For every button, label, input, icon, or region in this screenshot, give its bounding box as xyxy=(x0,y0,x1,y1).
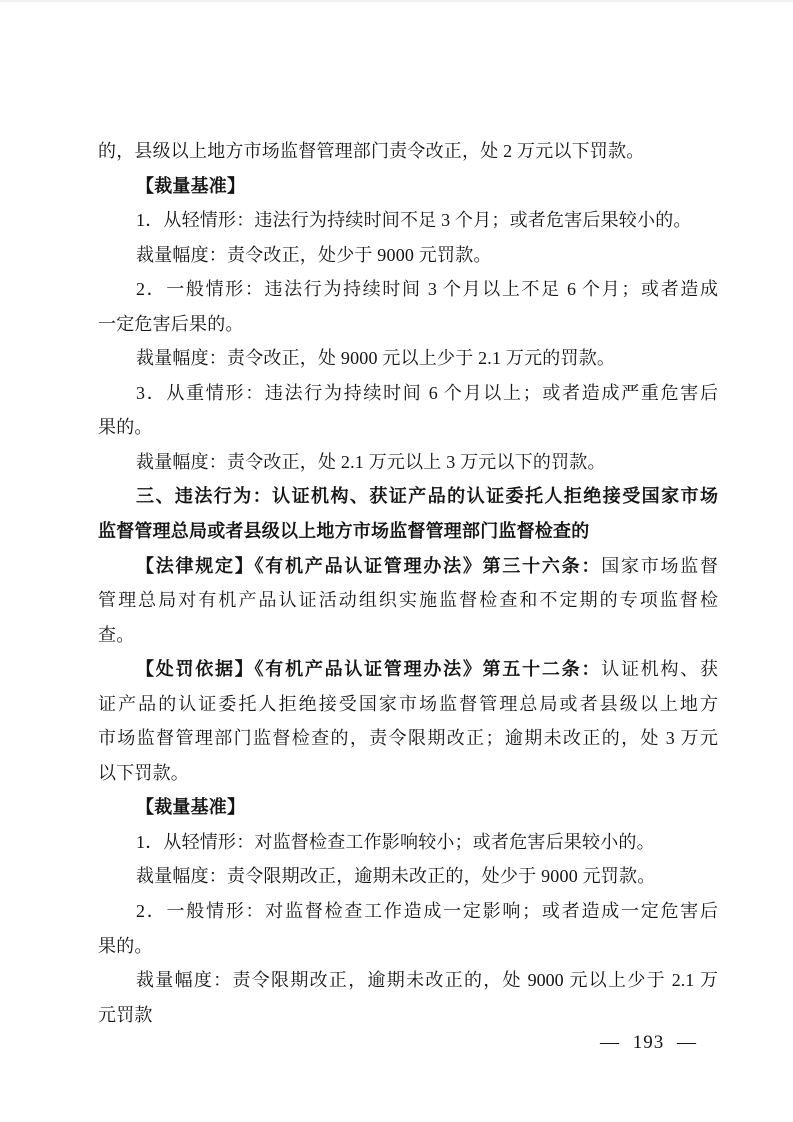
text-segment-bold: 【处罚依据】《有机产品认证管理办法》第五十二条： xyxy=(136,659,601,679)
text-segment-body: 裁量幅度：责令改正，处少于 9000 元罚款。 xyxy=(136,245,492,265)
page-number: — 193 — xyxy=(600,1031,697,1055)
text-line: 管理总局对有机产品认证活动组织实施监督检查和不定期的专项监督检 xyxy=(98,583,718,618)
text-line: 【处罚依据】《有机产品认证管理办法》第五十二条：认证机构、获 xyxy=(98,652,718,687)
text-line: 【法律规定】《有机产品认证管理办法》第三十六条：国家市场监督 xyxy=(98,549,718,584)
text-segment-body: 一定危害后果的。 xyxy=(98,314,244,334)
text-line: 3．从重情形：违法行为持续时间 6 个月以上；或者造成严重危害后 xyxy=(98,376,718,411)
text-line: 裁量幅度：责令改正，处 9000 元以上少于 2.1 万元的罚款。 xyxy=(98,341,718,376)
text-segment-body: 果的。 xyxy=(98,417,153,437)
text-line: 监督管理总局或者县级以上地方市场监督管理部门监督检查的 xyxy=(98,514,718,549)
text-segment-hei: 【裁量基准】 xyxy=(136,176,245,196)
text-line: 【裁量基准】 xyxy=(98,790,718,825)
text-line: 1．从轻情形：对监督检查工作影响较小；或者危害后果较小的。 xyxy=(98,825,718,860)
text-segment-body: 裁量幅度：责令限期改正，逾期未改正的，处 9000 元以上少于 2.1 万 xyxy=(136,970,718,990)
text-line: 裁量幅度：责令改正，处少于 9000 元罚款。 xyxy=(98,238,718,273)
text-line: 以下罚款。 xyxy=(98,756,718,791)
text-line: 查。 xyxy=(98,618,718,653)
text-line: 【裁量基准】 xyxy=(98,169,718,204)
text-segment-body: 1．从轻情形：违法行为持续时间不足 3 个月；或者危害后果较小的。 xyxy=(136,210,692,230)
document-page: 的，县级以上地方市场监督管理部门责令改正，处 2 万元以下罚款。【裁量基准】1．… xyxy=(0,0,793,1122)
text-segment-body: 果的。 xyxy=(98,936,153,956)
text-line: 一定危害后果的。 xyxy=(98,307,718,342)
text-segment-body: 裁量幅度：责令改正，处 2.1 万元以上 3 万元以下的罚款。 xyxy=(136,452,606,472)
text-segment-body: 的，县级以上地方市场监督管理部门责令改正，处 2 万元以下罚款。 xyxy=(98,141,644,161)
text-line: 元罚款 xyxy=(98,998,718,1033)
text-line: 2．一般情形：对监督检查工作造成一定影响；或者造成一定危害后 xyxy=(98,894,718,929)
text-line: 2．一般情形：违法行为持续时间 3 个月以上不足 6 个月；或者造成 xyxy=(98,272,718,307)
text-segment-kai: 市场监督管理部门监督检查的，责令限期改正；逾期未改正的，处 3 万元 xyxy=(98,728,718,748)
text-segment-body: 裁量幅度：责令改正，处 9000 元以上少于 2.1 万元的罚款。 xyxy=(136,348,615,368)
text-segment-body: 元罚款 xyxy=(98,1005,153,1025)
text-segment-body: 裁量幅度：责令限期改正，逾期未改正的，处少于 9000 元罚款。 xyxy=(136,866,655,886)
text-segment-hei: 三、违法行为：认证机构、获证产品的认证委托人拒绝接受国家市场 xyxy=(136,486,718,506)
text-segment-body: 3．从重情形：违法行为持续时间 6 个月以上；或者造成严重危害后 xyxy=(136,383,718,403)
text-line: 1．从轻情形：违法行为持续时间不足 3 个月；或者危害后果较小的。 xyxy=(98,203,718,238)
text-line: 裁量幅度：责令限期改正，逾期未改正的，处 9000 元以上少于 2.1 万 xyxy=(98,963,718,998)
text-line: 的，县级以上地方市场监督管理部门责令改正，处 2 万元以下罚款。 xyxy=(98,134,718,169)
text-segment-body: 2．一般情形：违法行为持续时间 3 个月以上不足 6 个月；或者造成 xyxy=(136,279,718,299)
text-segment-kai: 管理总局对有机产品认证活动组织实施监督检查和不定期的专项监督检 xyxy=(98,590,718,610)
text-line: 三、违法行为：认证机构、获证产品的认证委托人拒绝接受国家市场 xyxy=(98,479,718,514)
text-segment-body: 1．从轻情形：对监督检查工作影响较小；或者危害后果较小的。 xyxy=(136,832,655,852)
text-line: 市场监督管理部门监督检查的，责令限期改正；逾期未改正的，处 3 万元 xyxy=(98,721,718,756)
text-line: 证产品的认证委托人拒绝接受国家市场监督管理总局或者县级以上地方 xyxy=(98,687,718,722)
text-segment-kai: 查。 xyxy=(98,625,134,645)
document-body: 的，县级以上地方市场监督管理部门责令改正，处 2 万元以下罚款。【裁量基准】1．… xyxy=(98,134,718,1032)
text-line: 裁量幅度：责令改正，处 2.1 万元以上 3 万元以下的罚款。 xyxy=(98,445,718,480)
text-segment-hei: 监督管理总局或者县级以上地方市场监督管理部门监督检查的 xyxy=(98,521,589,541)
page-edge-shadow xyxy=(0,0,793,2)
text-segment-hei: 【裁量基准】 xyxy=(136,797,245,817)
text-segment-kai: 国家市场监督 xyxy=(601,556,718,576)
text-segment-body: 2．一般情形：对监督检查工作造成一定影响；或者造成一定危害后 xyxy=(136,901,718,921)
text-line: 果的。 xyxy=(98,410,718,445)
text-line: 果的。 xyxy=(98,929,718,964)
text-segment-kai: 证产品的认证委托人拒绝接受国家市场监督管理总局或者县级以上地方 xyxy=(98,694,718,714)
text-segment-bold: 【法律规定】《有机产品认证管理办法》第三十六条： xyxy=(136,556,601,576)
text-segment-kai: 认证机构、获 xyxy=(601,659,718,679)
text-segment-kai: 以下罚款。 xyxy=(98,763,189,783)
text-line: 裁量幅度：责令限期改正，逾期未改正的，处少于 9000 元罚款。 xyxy=(98,859,718,894)
